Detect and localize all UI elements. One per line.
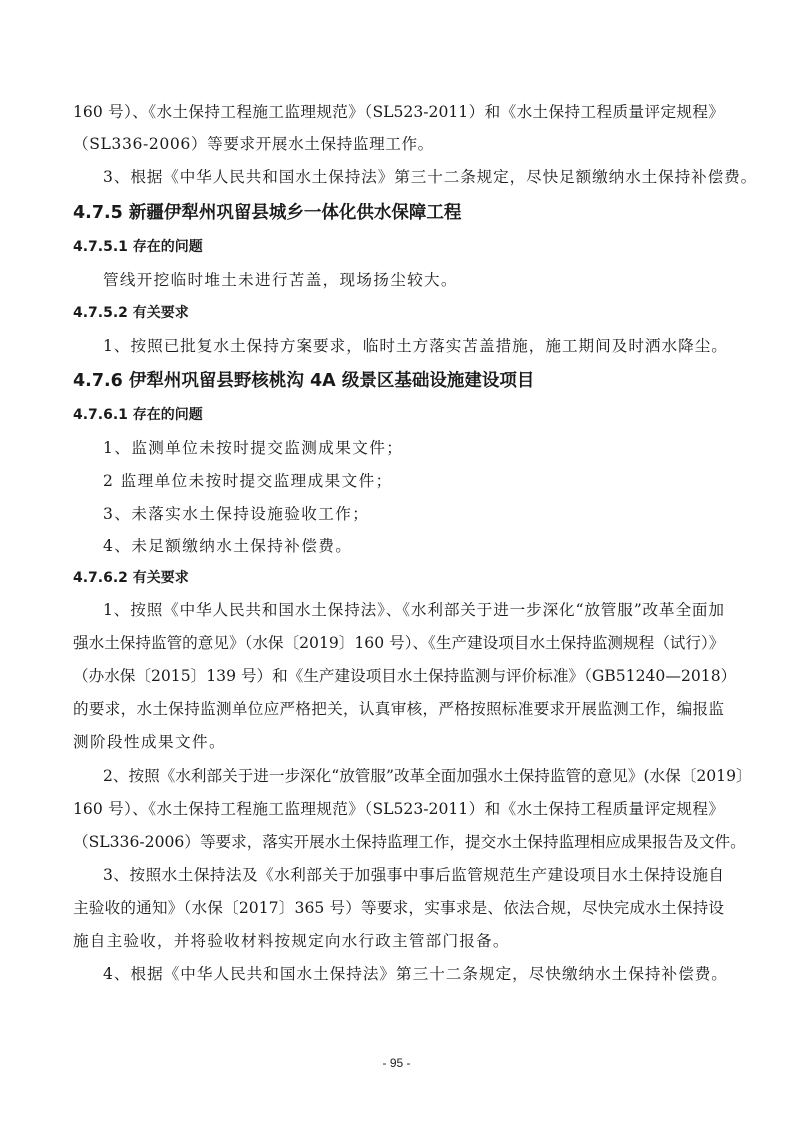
paragraph-line: 3、根据《中华人民共和国水土保持法》第三十二条规定，尽快足额缴纳水土保持补偿费。	[103, 167, 757, 187]
paragraph-line: （SL336-2006）等要求开展水土保持监理工作。	[73, 134, 434, 154]
paragraph-line: 测阶段性成果文件。	[73, 732, 226, 752]
list-item: 4、未足额缴纳水土保持补偿费。	[103, 536, 352, 556]
paragraph-line: 1、按照《中华人民共和国水土保持法》、《水利部关于进一步深化“放管服”改革全面加	[103, 600, 724, 620]
paragraph-line: 4、根据《中华人民共和国水土保持法》第三十二条规定，尽快缴纳水土保持补偿费。	[103, 964, 728, 984]
paragraph-line: 2、按照《水利部关于进一步深化“放管服”改革全面加强水土保持监管的意见》(水保〔…	[103, 766, 724, 786]
paragraph-line: （SL336-2006）等要求，落实开展水土保持监理工作，提交水土保持监理相应成…	[73, 832, 724, 852]
section-heading-4-7-6: 4.7.6 伊犁州巩留县野核桃沟 4A 级景区基础设施建设项目	[73, 370, 534, 392]
list-item: 1、监测单位未按时提交监测成果文件；	[103, 438, 403, 458]
subsection-heading-4-7-6-1: 4.7.6.1 存在的问题	[73, 405, 203, 425]
subsection-heading-4-7-5-1: 4.7.5.1 存在的问题	[73, 237, 203, 257]
paragraph-line: 1、按照已批复水土保持方案要求，临时土方落实苫盖措施，施工期间及时洒水降尘。	[103, 336, 728, 356]
paragraph-line: 3、按照水土保持法及《水利部关于加强事中事后监管规范生产建设项目水土保持设施自	[103, 865, 724, 885]
paragraph-line: 的要求，水土保持监测单位应严格把关，认真审核，严格按照标准要求开展监测工作，编报…	[73, 699, 724, 719]
list-item: 3、未落实水土保持设施验收工作；	[103, 504, 369, 524]
page-number: - 95 -	[0, 1056, 793, 1070]
paragraph-line: 160 号）、《水土保持工程施工监理规范》（SL523-2011）和《水土保持工…	[73, 799, 724, 819]
paragraph-line: 施自主验收，并将验收材料按规定向水行政主管部门报备。	[73, 931, 510, 951]
paragraph-line: 强水土保持监管的意见》（水保〔2019〕160 号）、《生产建设项目水土保持监测…	[73, 633, 724, 653]
subsection-heading-4-7-6-2: 4.7.6.2 有关要求	[73, 568, 189, 588]
paragraph-line: （办水保〔2015〕139 号）和《生产建设项目水土保持监测与评价标准》（GB5…	[73, 666, 724, 686]
paragraph-line: 管线开挖临时堆土未进行苫盖，现场扬尘较大。	[103, 270, 458, 290]
paragraph-line: 160 号）、《水土保持工程施工监理规范》（SL523-2011）和《水土保持工…	[73, 102, 724, 122]
paragraph-line: 主验收的通知》（水保〔2017〕365 号）等要求，实事求是、依法合规，尽快完成…	[73, 898, 724, 918]
section-heading-4-7-5: 4.7.5 新疆伊犁州巩留县城乡一体化供水保障工程	[73, 202, 461, 224]
subsection-heading-4-7-5-2: 4.7.5.2 有关要求	[73, 303, 189, 323]
list-item: 2 监理单位未按时提交监理成果文件；	[103, 471, 393, 491]
